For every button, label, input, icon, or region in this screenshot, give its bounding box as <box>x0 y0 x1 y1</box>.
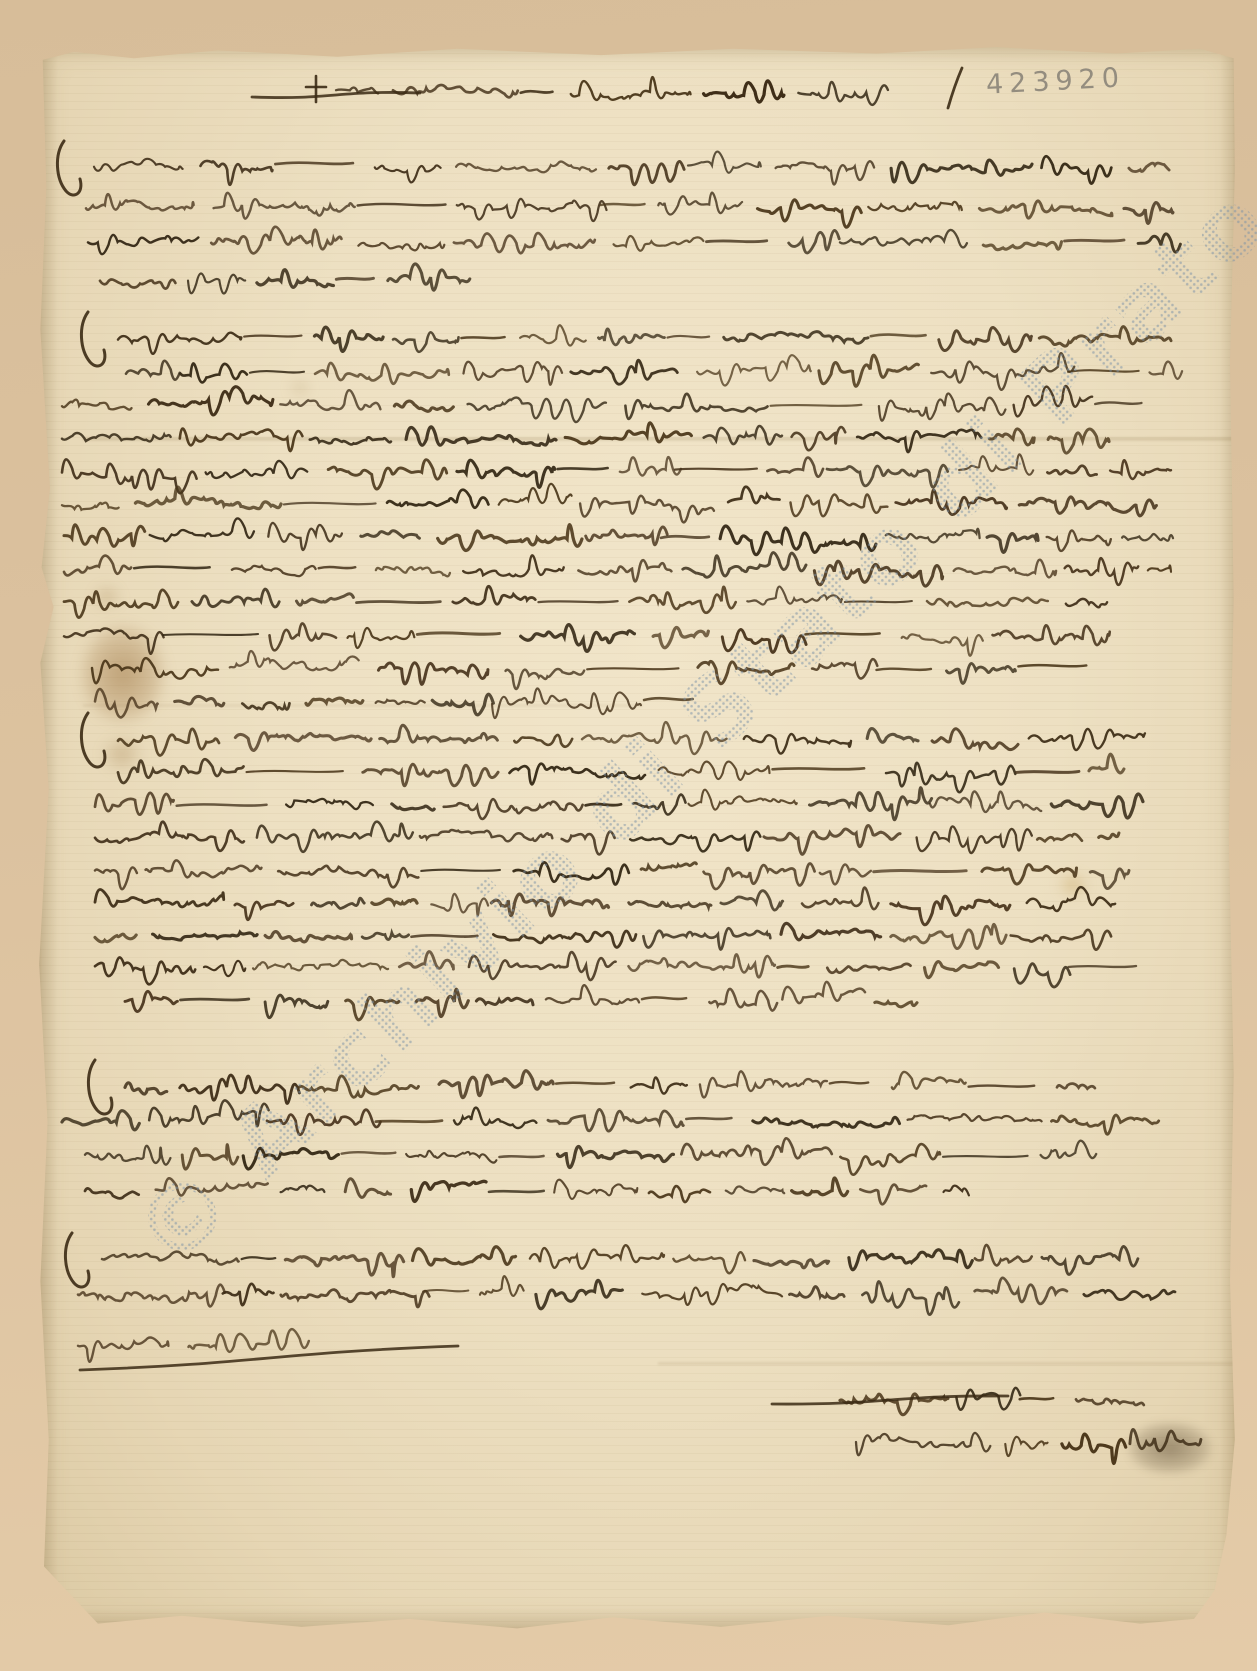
ink-stroke <box>257 270 334 288</box>
ink-stroke <box>724 332 868 344</box>
ink-stroke <box>758 200 862 227</box>
ink-stroke <box>954 560 1056 578</box>
ink-stroke <box>556 1083 614 1084</box>
ink-stroke <box>772 1396 1008 1404</box>
ink-stroke <box>342 1152 396 1153</box>
ink-stroke <box>726 1186 784 1193</box>
ink-stroke <box>1014 386 1092 416</box>
ink-stroke <box>644 698 693 700</box>
ink-stroke <box>633 795 685 815</box>
ink-stroke <box>399 952 453 969</box>
ink-stroke <box>867 729 918 743</box>
ink-stroke <box>840 230 967 248</box>
ink-stroke <box>454 1108 536 1129</box>
manuscript-scan: 423920 © Archivio di Stato di Prato † Jn… <box>0 0 1257 1671</box>
ink-stroke <box>681 1138 831 1165</box>
ink-stroke <box>92 658 218 683</box>
ink-stroke <box>586 527 668 545</box>
ink-stroke <box>643 928 770 949</box>
ink-stroke <box>1129 163 1169 172</box>
ink-stroke <box>150 518 254 541</box>
ink-stroke <box>698 661 794 683</box>
ink-stroke <box>598 329 664 345</box>
ink-stroke <box>990 429 1035 445</box>
ink-stroke <box>571 77 691 100</box>
ink-stroke <box>892 1072 966 1089</box>
ink-stroke <box>1095 402 1141 404</box>
ink-stroke <box>886 529 980 543</box>
ink-stroke <box>306 698 363 705</box>
ink-stroke <box>580 496 714 523</box>
ink-stroke <box>521 625 635 652</box>
ink-stroke <box>862 1281 959 1314</box>
ink-stroke <box>630 832 760 852</box>
ink-stroke <box>891 160 1032 183</box>
ink-stroke <box>379 663 488 685</box>
ink-stroke <box>868 202 962 211</box>
ink-stroke <box>348 628 415 648</box>
ink-stroke <box>328 460 446 489</box>
ink-stroke <box>510 764 645 785</box>
ink-stroke <box>620 457 681 476</box>
ink-stroke <box>1089 754 1124 773</box>
ink-stroke <box>358 204 446 206</box>
ink-stroke <box>1065 240 1125 241</box>
ink-stroke <box>562 832 615 855</box>
ink-stroke <box>1138 234 1180 252</box>
ink-stroke <box>453 586 536 604</box>
ink-stroke <box>706 241 766 242</box>
ink-stroke <box>1065 558 1139 585</box>
ink-stroke <box>744 734 851 754</box>
ink-stroke <box>362 933 408 940</box>
ink-stroke <box>675 469 757 470</box>
ink-stroke <box>81 312 104 366</box>
ink-stroke <box>345 1179 390 1198</box>
ink-stroke <box>180 1075 300 1103</box>
ink-stroke <box>95 689 158 717</box>
ink-stroke <box>1068 370 1139 372</box>
ink-stroke <box>62 400 132 410</box>
ink-stroke <box>993 625 1110 645</box>
ink-stroke <box>948 68 962 108</box>
ink-stroke <box>856 1433 990 1455</box>
ink-stroke <box>163 634 258 635</box>
ink-stroke <box>1150 362 1183 379</box>
ink-stroke <box>753 1117 900 1127</box>
ink-stroke <box>86 194 194 210</box>
ink-stroke <box>177 804 267 805</box>
ink-stroke <box>782 982 865 1003</box>
ink-stroke <box>468 398 606 422</box>
ink-stroke <box>64 628 164 653</box>
ink-stroke <box>126 361 180 380</box>
ink-stroke <box>363 764 498 786</box>
ink-stroke <box>463 555 564 576</box>
ink-stroke <box>406 427 556 445</box>
ink-stroke <box>406 1151 496 1163</box>
ink-stroke <box>1047 466 1096 476</box>
ink-stroke <box>102 1252 239 1265</box>
ink-stroke <box>432 694 493 715</box>
ink-stroke <box>1042 156 1112 183</box>
ink-stroke <box>1084 1290 1175 1300</box>
ink-stroke <box>284 503 376 505</box>
ink-stroke <box>891 896 1010 925</box>
ink-stroke <box>814 561 942 586</box>
ink-stroke <box>720 526 876 555</box>
ink-stroke <box>376 700 425 704</box>
ink-stroke <box>917 826 1032 853</box>
ink-stroke <box>375 165 441 182</box>
ink-stroke <box>235 901 293 920</box>
ink-stroke <box>982 865 1077 884</box>
ink-stroke <box>649 1186 710 1202</box>
ink-stroke <box>792 427 846 450</box>
ink-stroke <box>754 1260 829 1268</box>
ink-stroke <box>728 487 779 503</box>
ink-stroke <box>932 729 1018 750</box>
ink-stroke <box>641 863 696 871</box>
ink-stroke <box>667 336 709 338</box>
ink-stroke <box>214 193 355 219</box>
ink-stroke <box>506 669 585 689</box>
ink-stroke <box>444 799 583 819</box>
ink-stroke <box>286 799 373 809</box>
ink-stroke <box>125 1083 167 1094</box>
ink-stroke <box>65 1233 88 1287</box>
ink-stroke <box>62 433 171 441</box>
ink-stroke <box>281 1186 325 1192</box>
ink-stroke <box>631 1078 687 1094</box>
ink-stroke <box>85 1146 170 1165</box>
ink-stroke <box>845 601 912 602</box>
ink-stroke <box>1110 460 1171 479</box>
ink-stroke <box>927 598 1048 607</box>
ink-stroke <box>1130 1429 1201 1450</box>
ink-stroke <box>85 1188 139 1198</box>
ink-stroke <box>1014 964 1070 987</box>
ink-stroke <box>792 1178 848 1196</box>
ink-stroke <box>361 531 420 538</box>
ink-stroke <box>491 894 608 916</box>
ink-stroke <box>299 1076 419 1097</box>
ink-stroke <box>558 1147 674 1168</box>
ink-stroke <box>629 587 735 613</box>
ink-stroke <box>156 1178 268 1195</box>
ink-stroke <box>939 328 1032 352</box>
ink-stroke <box>81 713 104 767</box>
ink-stroke <box>376 1121 442 1122</box>
ink-stroke <box>871 335 926 337</box>
ink-stroke <box>876 669 931 670</box>
ink-stroke <box>891 924 1007 948</box>
ink-stroke <box>392 804 434 810</box>
ink-stroke <box>1018 665 1086 666</box>
ink-stroke <box>902 634 983 655</box>
ink-stroke <box>146 860 262 877</box>
ink-stroke <box>315 363 449 384</box>
ink-stroke <box>62 503 119 510</box>
ink-stroke <box>704 863 815 889</box>
ink-stroke <box>1029 729 1145 750</box>
ink-stroke <box>457 460 555 487</box>
ink-stroke <box>776 161 875 184</box>
ink-stroke <box>252 92 420 97</box>
ink-stroke <box>1037 834 1082 841</box>
ink-stroke <box>578 560 671 581</box>
ink-stroke <box>244 336 301 337</box>
ink-stroke <box>790 1287 845 1299</box>
ink-stroke <box>1068 966 1136 967</box>
ink-stroke <box>686 1118 731 1119</box>
ink-stroke <box>709 989 777 1011</box>
ink-stroke <box>546 985 639 1005</box>
ink-stroke <box>95 934 136 942</box>
ink-stroke <box>188 274 245 294</box>
ink-stroke <box>586 804 621 805</box>
ink-stroke <box>372 899 417 904</box>
ink-stroke <box>417 633 499 635</box>
ink-stroke <box>149 1100 268 1126</box>
ink-stroke <box>1019 497 1156 516</box>
ink-stroke <box>153 932 258 940</box>
ink-stroke <box>875 1002 917 1007</box>
ink-stroke <box>642 997 686 999</box>
ink-stroke <box>896 490 1007 515</box>
ink-stroke <box>629 954 775 977</box>
ink-stroke <box>312 898 365 908</box>
ink-stroke <box>1090 869 1129 889</box>
ink-stroke <box>175 696 224 706</box>
ink-stroke <box>943 1156 1028 1157</box>
ink-stroke <box>118 333 241 354</box>
ink-stroke <box>393 332 459 352</box>
ink-stroke <box>297 594 354 605</box>
ink-stroke <box>411 935 477 936</box>
ink-stroke <box>100 279 175 288</box>
ink-stroke <box>242 702 289 709</box>
ink-stroke <box>285 1253 403 1276</box>
ink-stroke <box>1027 887 1115 911</box>
ink-stroke <box>469 952 616 980</box>
ink-stroke <box>747 587 842 605</box>
ink-stroke <box>791 495 888 517</box>
ink-stroke <box>521 91 553 93</box>
ink-stroke <box>767 458 823 477</box>
ink-stroke <box>689 790 797 810</box>
ink-stroke <box>1039 327 1171 347</box>
ink-stroke <box>548 1109 683 1131</box>
ink-stroke <box>235 733 371 751</box>
ink-stroke <box>275 163 353 164</box>
ink-stroke <box>857 430 981 452</box>
ink-stroke <box>558 468 608 469</box>
ink-stroke <box>118 759 244 783</box>
ink-stroke <box>499 1156 543 1157</box>
ink-stroke <box>879 393 1006 420</box>
ink-stroke <box>456 162 596 173</box>
ink-stroke <box>1062 1434 1126 1463</box>
ink-stroke <box>653 627 708 647</box>
ink-stroke <box>642 1284 782 1305</box>
ink-stroke <box>88 1060 111 1114</box>
ink-stroke <box>270 623 337 650</box>
ink-stroke <box>1048 429 1109 453</box>
ink-stroke <box>95 890 224 907</box>
ink-stroke <box>830 1082 869 1084</box>
ink-stroke <box>697 355 811 385</box>
ink-stroke <box>688 152 761 173</box>
ink-stroke <box>223 1284 274 1305</box>
ink-stroke <box>538 601 617 602</box>
ink-stroke <box>253 960 388 971</box>
ink-stroke <box>411 1181 486 1201</box>
ink-stroke <box>182 1145 238 1170</box>
ink-stroke <box>849 1250 972 1270</box>
ink-stroke <box>265 995 328 1018</box>
ink-stroke <box>438 525 582 551</box>
ink-stroke <box>975 1278 1067 1304</box>
ink-stroke <box>860 1185 926 1205</box>
ink-stroke <box>925 962 999 978</box>
ink-stroke <box>983 242 1061 250</box>
ink-stroke <box>250 371 304 373</box>
ink-stroke <box>416 989 468 1016</box>
ink-stroke <box>78 1285 225 1307</box>
ink-stroke <box>514 862 629 884</box>
ink-stroke <box>514 735 572 747</box>
ink-stroke <box>281 1290 429 1307</box>
ink-stroke <box>1005 1437 1047 1456</box>
ink-stroke <box>492 688 641 718</box>
ink-stroke <box>421 870 500 871</box>
ink-stroke <box>789 230 840 253</box>
ink-stroke <box>64 590 178 618</box>
ink-stroke <box>319 567 356 568</box>
ink-stroke <box>431 894 488 916</box>
ink-stroke <box>812 659 877 678</box>
ink-stroke <box>601 204 645 205</box>
handwriting-ink <box>0 0 1257 1671</box>
ink-stroke <box>95 957 195 984</box>
ink-stroke <box>658 193 742 215</box>
ink-stroke <box>773 768 865 769</box>
ink-stroke <box>781 923 881 939</box>
ink-stroke <box>94 159 183 171</box>
ink-stroke <box>886 763 1015 792</box>
ink-stroke <box>536 1280 622 1308</box>
ink-stroke <box>493 931 635 947</box>
ink-stroke <box>969 1086 1035 1087</box>
ink-stroke <box>180 429 303 451</box>
ink-stroke <box>520 325 586 345</box>
ink-stroke <box>95 867 137 889</box>
ink-stroke <box>499 484 572 505</box>
ink-stroke <box>802 888 878 910</box>
ink-stroke <box>423 1290 468 1291</box>
ink-stroke <box>975 1245 1032 1265</box>
ink-stroke <box>659 762 770 780</box>
ink-stroke <box>95 793 174 815</box>
ink-stroke <box>959 454 1033 474</box>
ink-stroke <box>683 553 806 578</box>
ink-stroke <box>64 556 131 576</box>
ink-stroke <box>95 822 244 851</box>
ink-stroke <box>722 630 806 653</box>
ink-stroke <box>454 233 595 253</box>
ink-stroke <box>346 997 399 1020</box>
ink-stroke <box>189 1329 309 1352</box>
ink-stroke <box>380 725 498 742</box>
ink-stroke <box>673 1252 745 1273</box>
ink-stroke <box>565 423 691 444</box>
ink-stroke <box>136 487 282 508</box>
ink-stroke <box>1011 930 1111 950</box>
ink-stroke <box>211 227 341 253</box>
ink-stroke <box>315 327 384 351</box>
ink-stroke <box>609 161 684 184</box>
ink-stroke <box>979 201 1112 218</box>
ink-stroke <box>439 1071 553 1098</box>
ink-stroke <box>931 353 1074 390</box>
ink-stroke <box>267 1110 380 1135</box>
ink-stroke <box>778 966 809 967</box>
ink-stroke <box>125 991 177 1011</box>
ink-stroke <box>798 82 888 105</box>
ink-stroke <box>278 866 418 887</box>
ink-stroke <box>721 891 783 910</box>
ink-stroke <box>874 871 966 872</box>
ink-stroke <box>827 465 948 487</box>
ink-stroke <box>1042 1246 1138 1274</box>
ink-stroke <box>1016 771 1079 772</box>
ink-stroke <box>1057 1084 1095 1089</box>
ink-stroke <box>625 394 767 419</box>
ink-stroke <box>987 534 1038 553</box>
ink-stroke <box>1052 1115 1159 1134</box>
ink-stroke <box>1148 565 1171 571</box>
ink-stroke <box>149 387 273 415</box>
ink-stroke <box>204 961 245 976</box>
ink-stroke <box>201 161 273 185</box>
ink-stroke <box>461 337 504 338</box>
ink-stroke <box>840 1144 940 1175</box>
ink-stroke <box>1099 833 1119 839</box>
ink-stroke <box>1051 794 1143 818</box>
ink-stroke <box>80 1346 458 1370</box>
ink-stroke <box>268 523 342 550</box>
ink-stroke <box>280 390 380 410</box>
ink-stroke <box>571 360 677 384</box>
ink-stroke <box>388 264 470 290</box>
ink-stroke <box>243 1148 338 1169</box>
ink-stroke <box>358 243 444 251</box>
ink-stroke <box>530 1245 664 1268</box>
ink-stroke <box>947 663 1016 683</box>
ink-stroke <box>387 490 488 508</box>
ink-stroke <box>1122 534 1173 541</box>
ink-stroke <box>464 362 563 385</box>
ink-stroke <box>246 771 342 772</box>
ink-stroke <box>956 1388 1020 1410</box>
ink-stroke <box>393 85 518 97</box>
ink-stroke <box>57 141 80 195</box>
ink-stroke <box>232 566 316 576</box>
ink-stroke <box>704 81 784 102</box>
ink-stroke <box>819 355 919 386</box>
ink-stroke <box>257 822 413 852</box>
